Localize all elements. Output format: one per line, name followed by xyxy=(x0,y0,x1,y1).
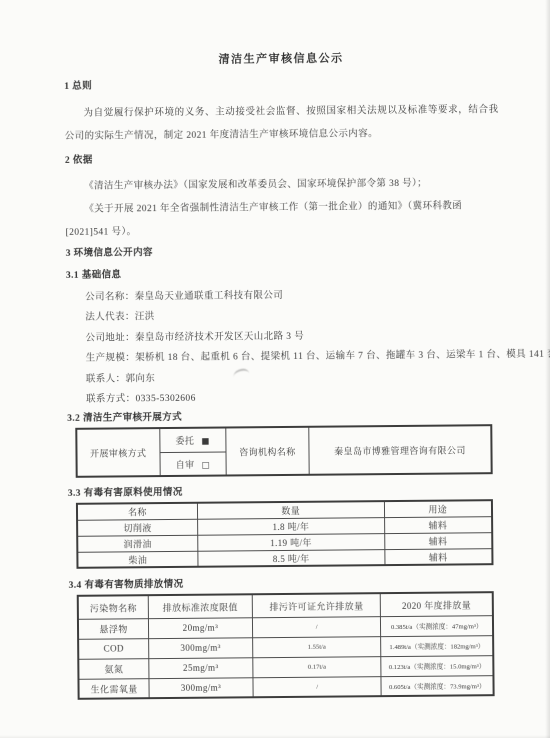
page-scan-edge xyxy=(545,0,550,738)
header-cell: 数量 xyxy=(197,502,384,520)
table-cell: 辅料 xyxy=(384,533,492,550)
table-cell: 切削液 xyxy=(77,519,197,536)
audit-method-table: 开展审核方式 委托■ 咨询机构名称 秦皇岛市博雅管理咨询有限公司 自审□ xyxy=(75,425,492,479)
section-3-2-heading: 3.2 清洁生产审核开展方式 xyxy=(67,410,501,427)
table-cell: 辅料 xyxy=(384,549,492,566)
document-title: 清洁生产审核信息公示 xyxy=(64,50,498,68)
table-cell: 1.55t/a xyxy=(252,637,381,658)
table-cell: 0.605t/a（实测浓度：73.9mg/m³） xyxy=(381,676,493,697)
section-1-heading: 1 总则 xyxy=(64,77,498,94)
header-cell: 污染物名称 xyxy=(78,596,149,620)
table-cell: 300mg/m³ xyxy=(149,678,253,699)
section-3-1-heading: 3.1 基础信息 xyxy=(66,266,500,283)
table-cell: / xyxy=(252,617,381,638)
reference-item: 《关于开展 2021 年全省强制性清洁生产审核工作（第一批企业）的通知》（冀环科… xyxy=(65,195,499,245)
table-cell: 柴油 xyxy=(77,551,197,568)
table-cell: 生化需氧量 xyxy=(78,679,149,700)
option-label: 自审 xyxy=(176,459,195,469)
section-3-heading: 3 环境信息公开内容 xyxy=(66,244,500,261)
section-3-4-heading: 3.4 有毒有害物质排放情况 xyxy=(69,577,503,594)
emissions-table: 污染物名称 排放标准浓度限值 排污许可证允许排放量 2020 年度排放量 悬浮物… xyxy=(77,592,495,701)
table-row: 开展审核方式 委托■ 咨询机构名称 秦皇岛市博雅管理咨询有限公司 xyxy=(76,426,491,454)
table-cell: 悬浮物 xyxy=(78,619,149,640)
table-cell: 20mg/m³ xyxy=(148,618,252,639)
table-cell: COD xyxy=(78,639,149,660)
scanned-document-page: 清洁生产审核信息公示 1 总则 为自觉履行保护环境的义务、主动接受社会监督、按照… xyxy=(0,0,550,738)
production-scale-line: 生产规模：架桥机 18 台、起重机 6 台、提梁机 11 台、运输车 7 台、拖… xyxy=(67,345,501,369)
header-cell: 名称 xyxy=(77,503,197,520)
table-cell: / xyxy=(253,677,382,698)
basic-info-list: 公司名称：秦皇岛天业通联重工科技有限公司 法人代表：汪洪 公司地址：秦皇岛市经济… xyxy=(66,284,501,410)
table-cell: 1.19 吨/年 xyxy=(198,534,385,552)
section-2-heading: 2 依据 xyxy=(65,151,499,168)
option-self-audit-cell: 自审□ xyxy=(159,452,226,477)
table-cell: 0.17t/a xyxy=(253,657,382,678)
table-row: 柴油 8.5 吨/年 辅料 xyxy=(77,549,492,569)
option-label: 委托 xyxy=(175,436,194,446)
table-cell: 0.123t/a（实测浓度：15.0mg/m³） xyxy=(381,656,493,677)
header-cell: 排污许可证允许排放量 xyxy=(252,594,381,618)
section-3-3-heading: 3.3 有毒有害原料使用情况 xyxy=(68,485,502,502)
table-cell: 25mg/m³ xyxy=(149,658,253,679)
table-cell: 1.489t/a（实测浓度：182mg/m³） xyxy=(381,636,493,657)
toxic-materials-table: 名称 数量 用途 切削液 1.8 吨/年 辅料 润滑油 1.19 吨/年 辅料 … xyxy=(76,500,494,570)
document-body: 清洁生产审核信息公示 1 总则 为自觉履行保护环境的义务、主动接受社会监督、按照… xyxy=(64,50,504,700)
reference-list: 《清洁生产审核办法》（国家发展和改革委员会、国家环境保护部令第 38 号）； 《… xyxy=(65,172,500,245)
table-cell: 8.5 吨/年 xyxy=(198,550,385,568)
table-cell: 润滑油 xyxy=(77,535,197,552)
table-cell: 0.385t/a（实测浓度：47mg/m³） xyxy=(381,616,493,637)
table-cell: 氨氮 xyxy=(78,659,149,680)
option-entrusted-cell: 委托■ xyxy=(159,428,226,453)
table-cell: 1.8 吨/年 xyxy=(197,518,384,536)
table-cell: 300mg/m³ xyxy=(149,638,253,659)
checkbox-unchecked-icon: □ xyxy=(201,460,210,470)
header-cell: 2020 年度排放量 xyxy=(381,593,493,617)
table-cell: 辅料 xyxy=(384,517,492,534)
header-cell: 排放标准浓度限值 xyxy=(148,595,252,619)
header-cell: 用途 xyxy=(384,501,492,518)
consultant-name-cell: 秦皇岛市博雅管理咨询有限公司 xyxy=(309,426,492,476)
contact-phone-line: 联系方式：0335-5302606 xyxy=(67,386,501,410)
consultant-label-cell: 咨询机构名称 xyxy=(226,427,309,476)
section-1-paragraph: 为自觉履行保护环境的义务、主动接受社会监督、按照国家相关法规以及标准等要求，结合… xyxy=(64,99,498,149)
audit-method-label-cell: 开展审核方式 xyxy=(76,429,159,478)
checkbox-checked-icon: ■ xyxy=(201,437,210,447)
table-row: 生化需氧量 300mg/m³ / 0.605t/a（实测浓度：73.9mg/m³… xyxy=(78,676,493,700)
